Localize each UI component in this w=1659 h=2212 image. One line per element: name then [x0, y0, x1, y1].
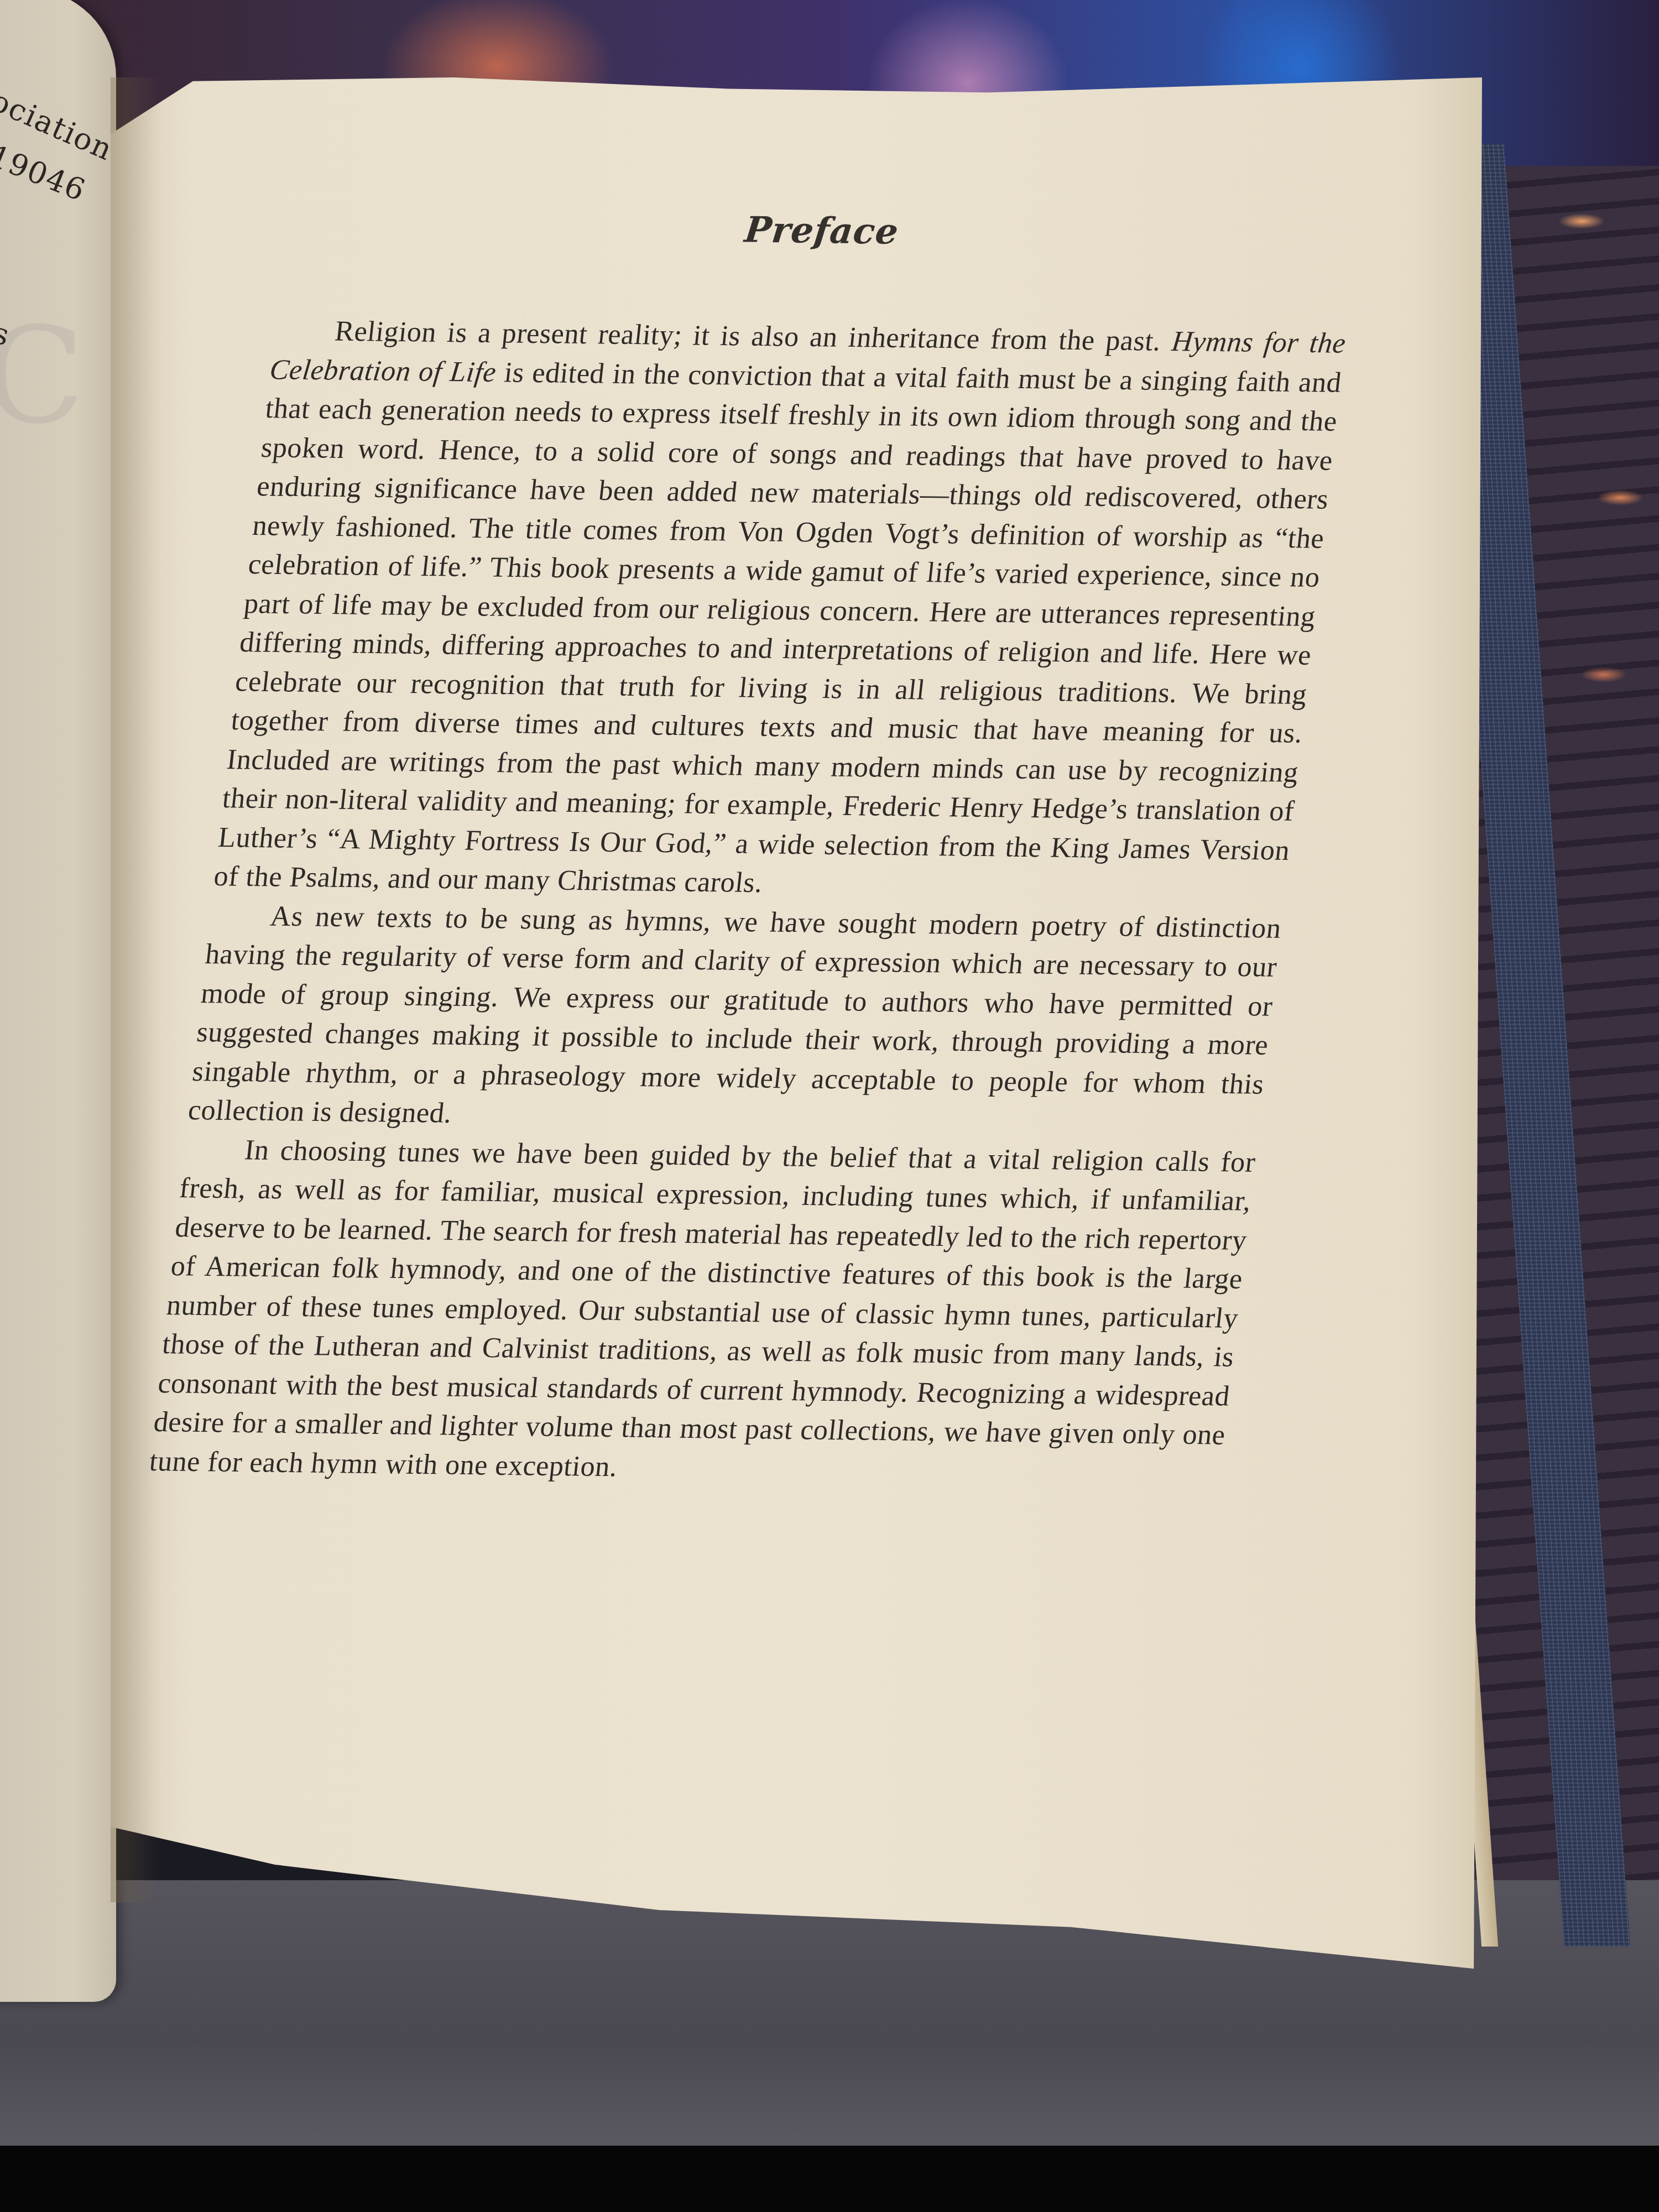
paragraph-3: In choosing tunes we have been guided by…	[148, 1130, 1258, 1494]
table-edge	[0, 2146, 1659, 2212]
paragraph-1: Religion is a present reality; it is als…	[212, 311, 1348, 909]
left-page: C ociation 19046 s	[0, 0, 116, 2002]
paragraph-2: As new texts to be sung as hymns, we hav…	[186, 896, 1283, 1144]
paragraph-1-body: is edited in the conviction that a vital…	[212, 357, 1343, 899]
paragraph-1-lead: Religion is a present reality; it is als…	[333, 315, 1174, 357]
preface-text-block: Preface Religion is a present reality; i…	[148, 204, 1360, 1494]
